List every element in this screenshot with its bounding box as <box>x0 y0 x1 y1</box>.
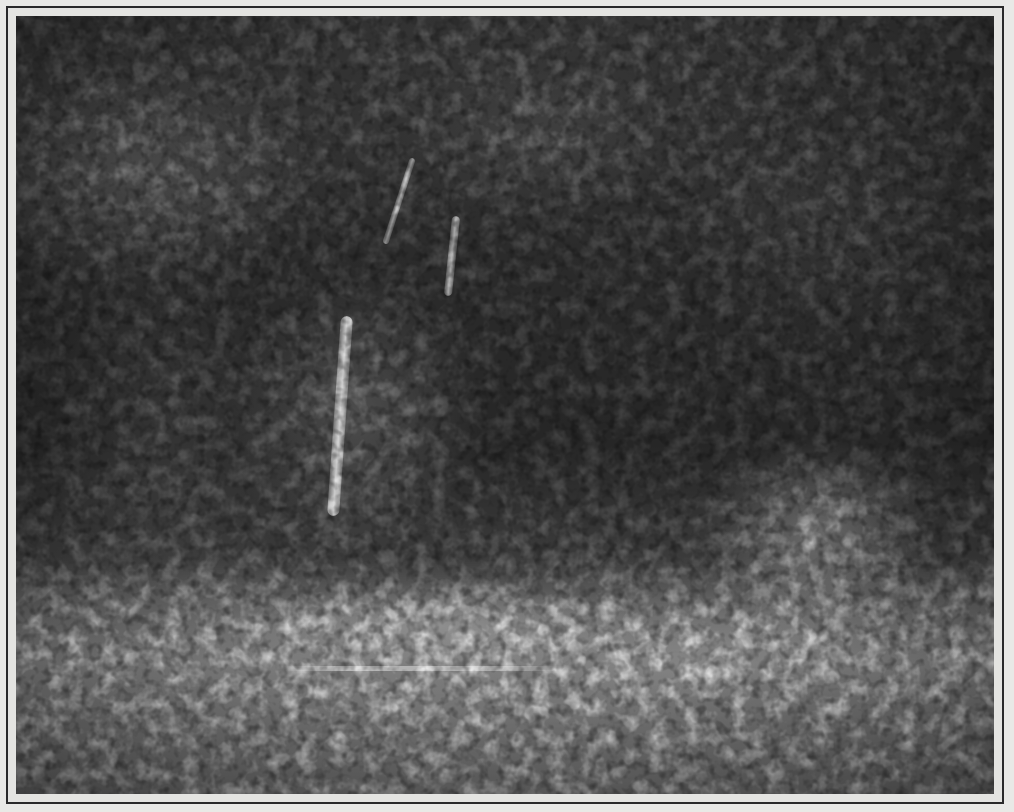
vignette <box>16 16 994 794</box>
foliage-photograph <box>16 16 994 794</box>
photo-frame <box>6 6 1004 804</box>
